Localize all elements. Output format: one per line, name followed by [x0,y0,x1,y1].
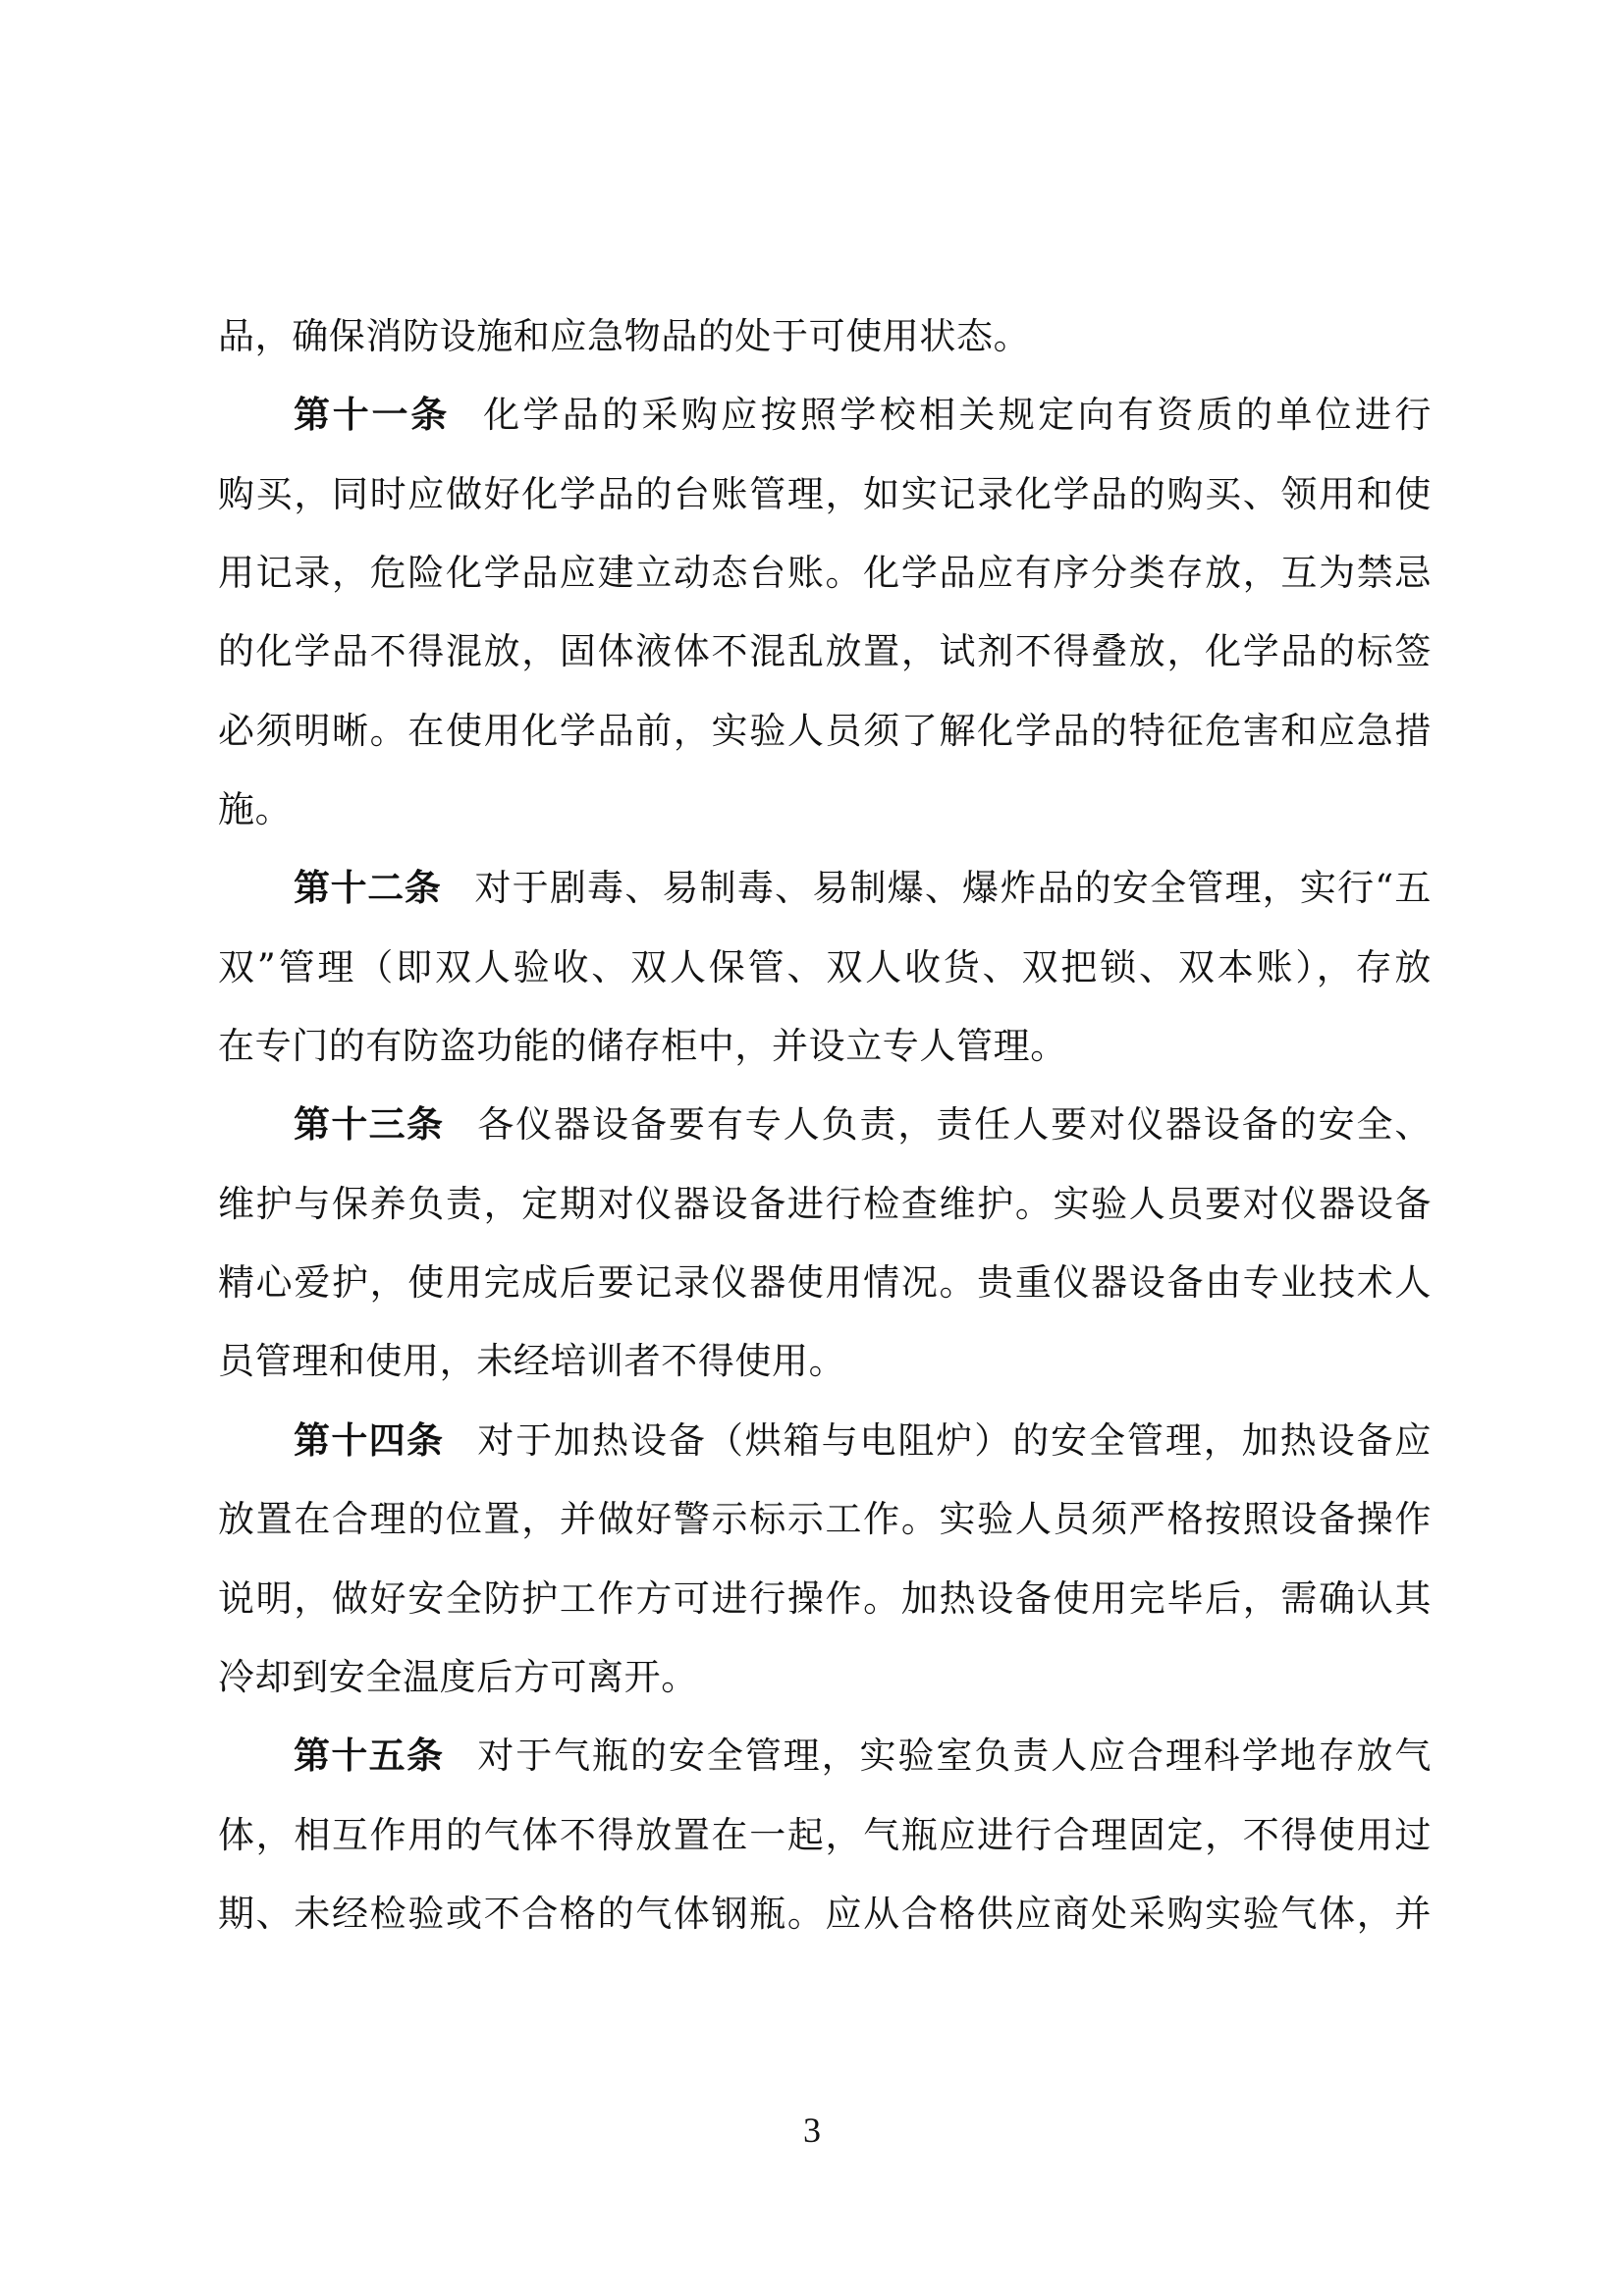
paragraph-line: 期、未经检验或不合格的气体钢瓶。应从合格供应商处采购实验气体，并 [218,1875,1432,1953]
article-12-first-line: 第十二条对于剧毒、易制毒、易制爆、爆炸品的安全管理，实行“五 [218,849,1432,928]
paragraph-line: 员管理和使用，未经培训者不得使用。 [218,1322,1432,1401]
paragraph-line: 必须明晰。在使用化学品前，实验人员须了解化学品的特征危害和应急措 [218,692,1432,771]
article-text: 对于气瓶的安全管理，实验室负责人应合理科学地存放气 [477,1735,1432,1777]
article-text: 对于剧毒、易制毒、易制爆、爆炸品的安全管理，实行“五 [474,867,1432,909]
article-number: 第十五条 [294,1735,444,1777]
article-text: 化学品的采购应按照学校相关规定向有资质的单位进行 [483,394,1432,436]
paragraph-line: 在专门的有防盗功能的储存柜中，并设立专人管理。 [218,1007,1432,1086]
document-page: 品，确保消防设施和应急物品的处于可使用状态。 第十一条化学品的采购应按照学校相关… [0,0,1624,2296]
paragraph-line: 购买，同时应做好化学品的台账管理，如实记录化学品的购买、领用和使 [218,455,1432,534]
article-13-first-line: 第十三条各仪器设备要有专人负责，责任人要对仪器设备的安全、 [218,1086,1432,1164]
paragraph-line: 维护与保养负责，定期对仪器设备进行检查维护。实验人员要对仪器设备 [218,1165,1432,1244]
page-number: 3 [0,2109,1624,2152]
article-number: 第十四条 [294,1419,444,1462]
paragraph-line: 品，确保消防设施和应急物品的处于可使用状态。 [218,297,1432,376]
paragraph-line: 施。 [218,771,1432,849]
article-14-first-line: 第十四条对于加热设备（烘箱与电阻炉）的安全管理，加热设备应 [218,1402,1432,1480]
article-11-first-line: 第十一条化学品的采购应按照学校相关规定向有资质的单位进行 [218,376,1432,454]
paragraph-line: 冷却到安全温度后方可离开。 [218,1638,1432,1717]
body-text: 品，确保消防设施和应急物品的处于可使用状态。 第十一条化学品的采购应按照学校相关… [218,297,1432,1953]
paragraph-line: 体，相互作用的气体不得放置在一起，气瓶应进行合理固定，不得使用过 [218,1796,1432,1875]
paragraph-line: 放置在合理的位置，并做好警示标示工作。实验人员须严格按照设备操作 [218,1480,1432,1559]
article-number: 第十一条 [294,394,450,436]
article-text: 各仪器设备要有专人负责，责任人要对仪器设备的安全、 [477,1103,1432,1146]
paragraph-line: 的化学品不得混放，固体液体不混乱放置，试剂不得叠放，化学品的标签 [218,613,1432,691]
paragraph-line: 用记录，危险化学品应建立动态台账。化学品应有序分类存放，互为禁忌 [218,534,1432,613]
paragraph-line: 说明，做好安全防护工作方可进行操作。加热设备使用完毕后，需确认其 [218,1560,1432,1638]
article-number: 第十二条 [294,867,441,909]
paragraph-line: 精心爱护，使用完成后要记录仪器使用情况。贵重仪器设备由专业技术人 [218,1244,1432,1322]
article-number: 第十三条 [294,1103,444,1146]
article-15-first-line: 第十五条对于气瓶的安全管理，实验室负责人应合理科学地存放气 [218,1717,1432,1795]
paragraph-line: 双”管理（即双人验收、双人保管、双人收货、双把锁、双本账），存放 [218,929,1432,1007]
article-text: 对于加热设备（烘箱与电阻炉）的安全管理，加热设备应 [477,1419,1432,1462]
